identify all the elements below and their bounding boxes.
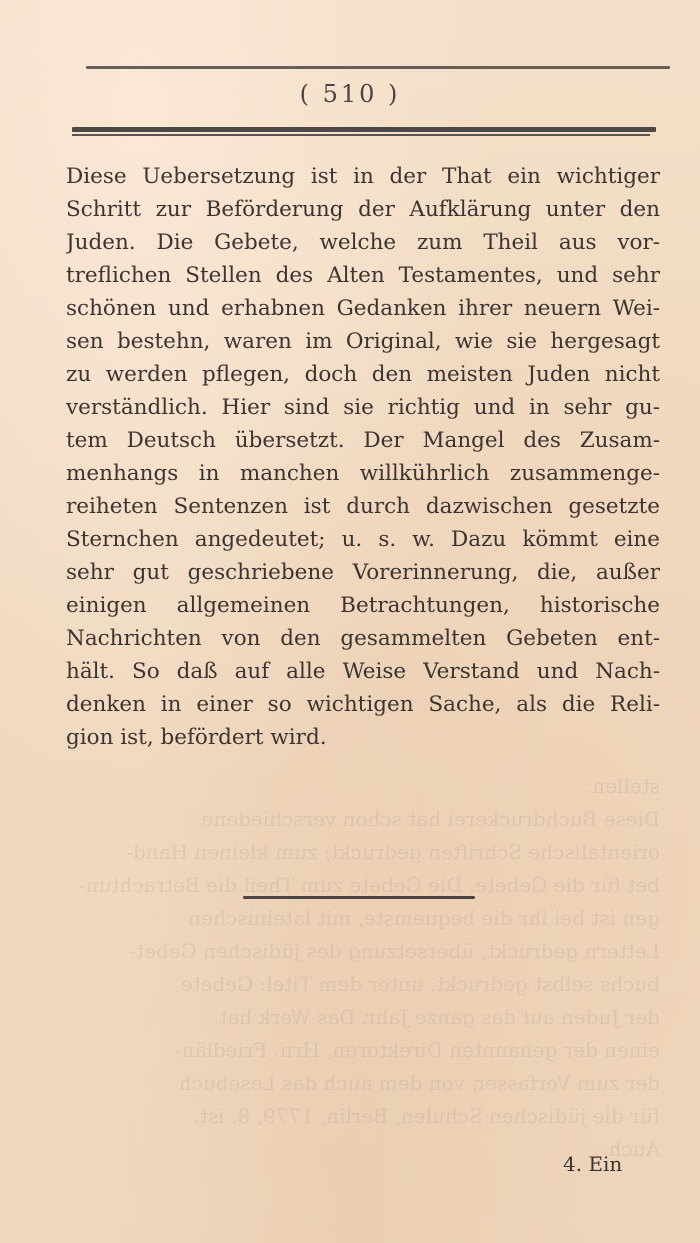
text-line: denken in einer so wichtigen Sache, als … [66, 688, 660, 721]
bleed-through-text: stellen. Diese Buchdruckerei hat schon v… [60, 770, 660, 1166]
text-line: reiheten Sentenzen ist durch dazwischen … [66, 490, 660, 523]
bleed-line: einen der genannten Direktoren, Hrn. Fri… [60, 1034, 660, 1067]
bleed-line: stellen. [60, 770, 660, 803]
text-line: hält. So daß auf alle Weise Verstand und… [66, 655, 660, 688]
section-end-rule [243, 896, 475, 899]
text-line: treflichen Stellen des Alten Testamentes… [66, 259, 660, 292]
catchword: 4. Ein [563, 1152, 622, 1176]
text-line: Sternchen angedeutet; u. s. w. Dazu kömm… [66, 523, 660, 556]
text-line: Nachrichten von den gesammelten Gebeten … [66, 622, 660, 655]
text-line: sehr gut geschriebene Vorerinnerung, die… [66, 556, 660, 589]
bleed-line: für die jüdischen Schulen, Berlin, 1779,… [60, 1100, 660, 1133]
text-line: tem Deutsch übersetzt. Der Mangel des Zu… [66, 424, 660, 457]
bleed-line: der zum Verfasser, von dem auch das Lese… [60, 1067, 660, 1100]
text-line: einigen allgemeinen Betrachtungen, histo… [66, 589, 660, 622]
bleed-line: buchs selbst gedruckt, unter dem Titel: … [60, 968, 660, 1001]
book-page: stellen. Diese Buchdruckerei hat schon v… [0, 0, 700, 1243]
bleed-line: orientalische Schriften gedruckt; zum kl… [60, 836, 660, 869]
body-paragraph: Diese Uebersetzung ist in der That ein w… [66, 160, 660, 754]
page-number: ( 510 ) [0, 80, 700, 108]
header-rule-thin [72, 134, 650, 136]
header-rule-thick [72, 127, 656, 132]
bleed-line: Lettern gedruckt, übersetzung des jüdisc… [60, 935, 660, 968]
text-line: sen bestehn, waren im Original, wie sie … [66, 325, 660, 358]
text-line: zu werden pflegen, doch den meisten Jude… [66, 358, 660, 391]
text-line: Diese Uebersetzung ist in der That ein w… [66, 160, 660, 193]
bleed-line: Diese Buchdruckerei hat schon verschiede… [60, 803, 660, 836]
text-line: Juden. Die Gebete, welche zum Theil aus … [66, 226, 660, 259]
text-line: menhangs in manchen willkührlich zusamme… [66, 457, 660, 490]
bleed-line: gen ist bei ihr die bequemste, mit latei… [60, 902, 660, 935]
text-line: Schritt zur Beförderung der Aufklärung u… [66, 193, 660, 226]
text-line: schönen und erhabnen Gedanken ihrer neue… [66, 292, 660, 325]
header-rule-double [72, 127, 656, 137]
header-rule-top [86, 66, 670, 69]
text-line-last: gion ist, befördert wird. [66, 721, 660, 754]
bleed-line: der Juden auf das ganze Jahr. Das Werk h… [60, 1001, 660, 1034]
text-line: verständlich. Hier sind sie richtig und … [66, 391, 660, 424]
